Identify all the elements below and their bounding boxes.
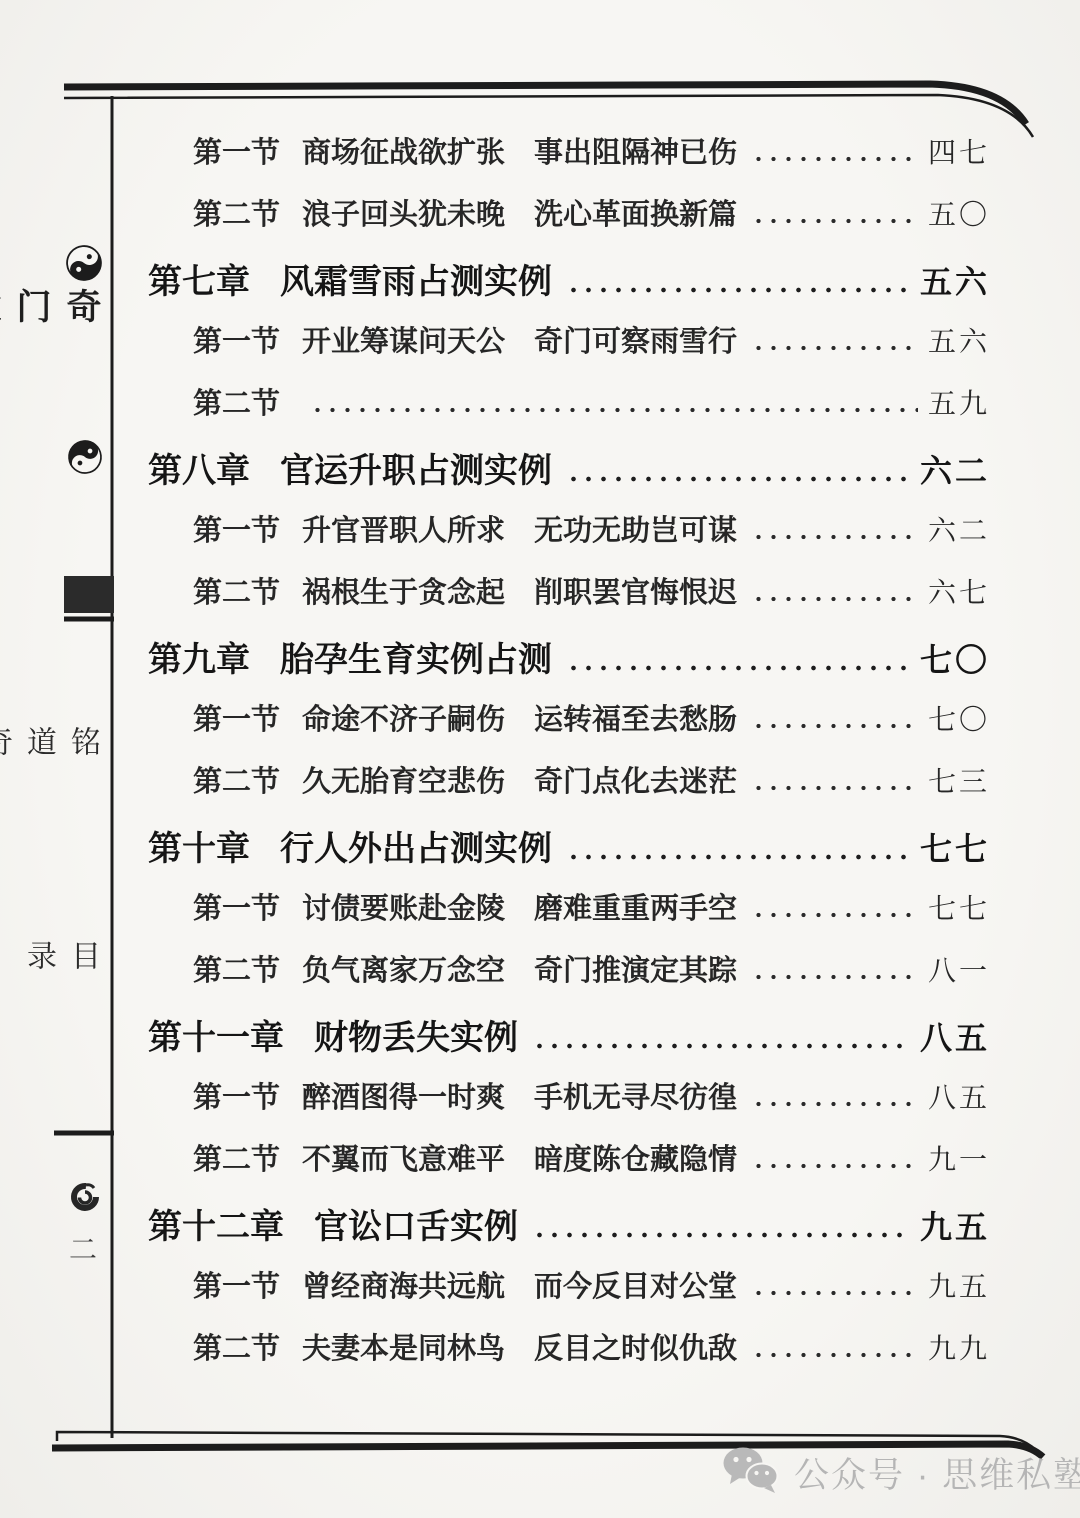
toc-entry: 第七章 风霜雪雨占测实例 五六 (145, 243, 990, 305)
toc-entry-page-number: 七七 (928, 887, 990, 927)
sidebar-black-tab (64, 576, 114, 613)
toc-entry-page-number: 五六 (928, 320, 990, 360)
toc-entry-title: 讨债要账赴金陵 磨难重重两手空 (302, 886, 737, 927)
toc-entry: 第十章 行人外出占测实例 七七 (145, 810, 990, 872)
toc-entry-label: 第二节 (193, 948, 280, 989)
toc-entry-title: 负气离家万念空 奇门推演定其踪 (302, 948, 737, 989)
toc-entry-page-number: 八五 (920, 1013, 990, 1059)
toc-entry-label: 第二节 (193, 1137, 280, 1178)
dot-leader (751, 785, 918, 791)
toc-list: 第一节 商场征战欲扩张 事出阻隔神已伤 四七 第二节 浪子回头犹未晚 洗心革面换… (145, 116, 990, 1374)
toc-entry-page-number: 九五 (928, 1265, 990, 1305)
toc-entry-label: 第二节 (193, 759, 280, 800)
dot-leader (751, 345, 918, 351)
toc-entry: 第九章 胎孕生育实例占测 七〇 (145, 621, 990, 683)
dot-leader (751, 596, 918, 602)
toc-entry-label: 第一节 (193, 886, 280, 927)
toc-entry-page-number: 七〇 (920, 635, 990, 681)
toc-entry: 第一节 商场征战欲扩张 事出阻隔神已伤 四七 (145, 116, 990, 178)
toc-entry-page-number: 五九 (928, 382, 990, 422)
dot-leader (751, 723, 918, 729)
toc-entry: 第八章 官运升职占测实例 六二 (145, 432, 990, 494)
dot-leader (532, 1232, 910, 1238)
dot-leader (566, 854, 910, 860)
toc-entry-title: 久无胎育空悲伤 奇门点化去迷茫 (302, 759, 737, 800)
toc-entry-page-number: 九九 (928, 1327, 990, 1367)
dot-leader (310, 407, 918, 413)
toc-entry-title: 浪子回头犹未晚 洗心革面换新篇 (302, 192, 737, 233)
dot-leader (751, 912, 918, 918)
coil-ornament-icon (70, 1182, 100, 1217)
toc-entry-label: 第八章 (148, 443, 250, 492)
toc-entry-label: 第十一章 (148, 1010, 284, 1059)
sidebar-book-title: 奇门遁甲 (62, 288, 106, 325)
toc-entry-label: 第二节 (193, 192, 280, 233)
toc-entry-title: 风霜雪雨占测实例 (280, 254, 552, 303)
toc-entry-label: 第十二章 (148, 1199, 284, 1248)
watermark-text: 公众号 · 思维私塾阁 (794, 1448, 1080, 1498)
toc-entry-page-number: 九一 (928, 1138, 990, 1178)
toc-entry-label: 第一节 (193, 697, 280, 738)
toc-entry-page-number: 八五 (928, 1076, 990, 1116)
dot-leader (532, 1043, 910, 1049)
yinyang-icon (68, 440, 102, 479)
toc-entry-title: 祸根生于贪念起 削职罢官悔恨迟 (302, 570, 737, 611)
toc-entry-title: 开业筹谋问天公 奇门可察雨雪行 (302, 319, 737, 360)
toc-entry: 第十一章 财物丢失实例 八五 (145, 999, 990, 1061)
toc-entry-title: 官讼口舌实例 (314, 1199, 518, 1248)
toc-entry: 第一节 升官晋职人所求 无功无助岂可谋 六二 (145, 494, 990, 556)
toc-entry-page-number: 四七 (928, 131, 990, 171)
dot-leader (566, 665, 910, 671)
toc-entry-title: 曾经商海共远航 而今反目对公堂 (302, 1264, 737, 1305)
toc-entry-title: 官运升职占测实例 (280, 443, 552, 492)
toc-entry-label: 第一节 (193, 508, 280, 549)
toc-entry-title: 胎孕生育实例占测 (280, 632, 552, 681)
toc-entry-title: 夫妻本是同林鸟 反目之时似仇敌 (302, 1326, 737, 1367)
toc-entry-page-number: 六二 (920, 446, 990, 492)
toc-entry-title: 不翼而飞意难平 暗度陈仓藏隐情 (302, 1137, 737, 1178)
toc-entry: 第一节 曾经商海共远航 而今反目对公堂 九五 (145, 1250, 990, 1312)
toc-entry-page-number: 九五 (920, 1202, 990, 1248)
toc-entry-title: 升官晋职人所求 无功无助岂可谋 (302, 508, 737, 549)
toc-entry-label: 第九章 (148, 632, 250, 681)
toc-entry: 第十二章 官讼口舌实例 九五 (145, 1188, 990, 1250)
toc-entry: 第二节 五九 (145, 367, 990, 429)
toc-entry-page-number: 五〇 (928, 193, 990, 233)
toc-entry-label: 第二节 (193, 570, 280, 611)
toc-entry-label: 第一节 (193, 1264, 280, 1305)
toc-entry-page-number: 五六 (920, 257, 990, 303)
toc-entry-label: 第一节 (193, 130, 280, 171)
sidebar-folio-number: 二 (60, 1228, 106, 1268)
sidebar-series-title: 铭道奇门实例 (64, 726, 104, 761)
toc-entry: 第二节 不翼而飞意难平 暗度陈仓藏隐情 九一 (145, 1123, 990, 1185)
dot-leader (751, 1290, 918, 1296)
toc-entry-page-number: 八一 (928, 949, 990, 989)
toc-entry: 第二节 浪子回头犹未晚 洗心革面换新篇 五〇 (145, 178, 990, 240)
yinyang-icon (66, 245, 102, 286)
dot-leader (751, 1352, 918, 1358)
toc-entry: 第二节 久无胎育空悲伤 奇门点化去迷茫 七三 (145, 745, 990, 807)
toc-entry: 第一节 讨债要账赴金陵 磨难重重两手空 七七 (145, 872, 990, 934)
toc-entry-label: 第七章 (148, 254, 250, 303)
dot-leader (751, 534, 918, 540)
toc-entry: 第二节 祸根生于贪念起 削职罢官悔恨迟 六七 (145, 556, 990, 618)
dot-leader (566, 476, 910, 482)
dot-leader (751, 1163, 918, 1169)
wechat-logo-icon (722, 1446, 780, 1499)
dot-leader (751, 156, 918, 162)
toc-entry: 第一节 命途不济子嗣伤 运转福至去愁肠 七〇 (145, 683, 990, 745)
toc-entry: 第一节 醉酒图得一时爽 手机无寻尽彷徨 八五 (145, 1061, 990, 1123)
toc-entry-page-number: 六二 (928, 509, 990, 549)
sidebar-section-label: 目录 (64, 940, 104, 975)
dot-leader (751, 974, 918, 980)
toc-entry-label: 第二节 (193, 381, 280, 422)
scanned-book-page: { "sidebar": { "book_title": "奇门遁甲", "se… (0, 0, 1080, 1518)
toc-entry-label: 第二节 (193, 1326, 280, 1367)
toc-entry-title: 醉酒图得一时爽 手机无寻尽彷徨 (302, 1075, 737, 1116)
toc-entry-label: 第一节 (193, 319, 280, 360)
watermark: 公众号 · 思维私塾阁 (722, 1446, 1080, 1499)
toc-entry-page-number: 七三 (928, 760, 990, 800)
toc-entry-label: 第十章 (148, 821, 250, 870)
toc-entry-title: 商场征战欲扩张 事出阻隔神已伤 (302, 130, 737, 171)
toc-entry-page-number: 六七 (928, 571, 990, 611)
toc-entry: 第一节 开业筹谋问天公 奇门可察雨雪行 五六 (145, 305, 990, 367)
dot-leader (751, 218, 918, 224)
dot-leader (566, 287, 910, 293)
toc-entry-label: 第一节 (193, 1075, 280, 1116)
toc-entry-title: 财物丢失实例 (314, 1010, 518, 1059)
toc-entry-title: 行人外出占测实例 (280, 821, 552, 870)
toc-entry-page-number: 七〇 (928, 698, 990, 738)
toc-entry-page-number: 七七 (920, 824, 990, 870)
toc-entry: 第二节 夫妻本是同林鸟 反目之时似仇敌 九九 (145, 1312, 990, 1374)
dot-leader (751, 1101, 918, 1107)
toc-entry: 第二节 负气离家万念空 奇门推演定其踪 八一 (145, 934, 990, 996)
toc-entry-title: 命途不济子嗣伤 运转福至去愁肠 (302, 697, 737, 738)
